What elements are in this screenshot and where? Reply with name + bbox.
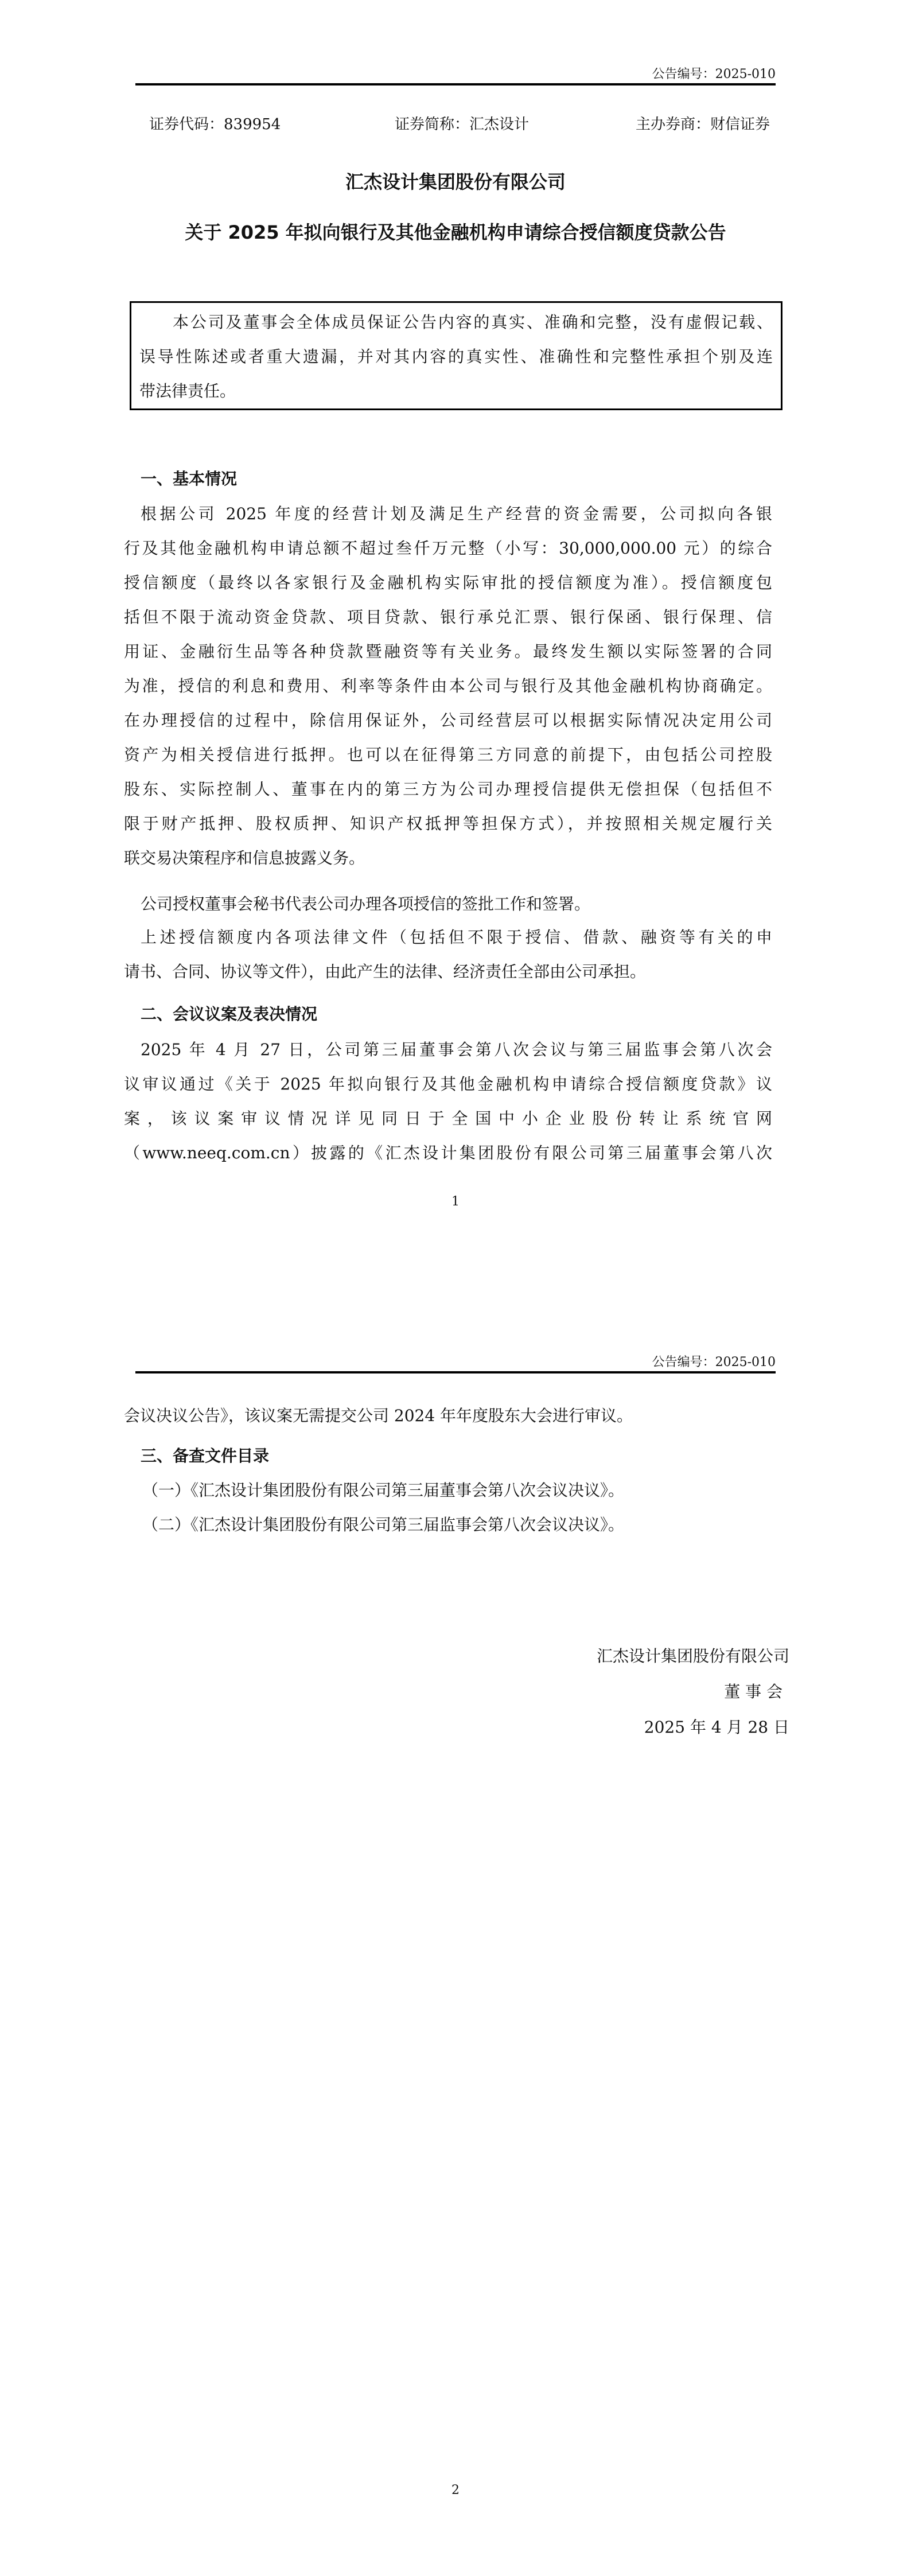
disclaimer-text: 本公司及董事会全体成员保证公告内容的真实、准确和完整，没有虚假记载、 误导性陈述… <box>139 305 773 408</box>
announcement-title: 关于 2025 年拟向银行及其他金融机构申请综合授信额度贷款公告 <box>135 218 776 244</box>
paragraph-line: 议审议通过《关于 2025 年拟向银行及其他金融机构申请综合授信额度贷款》议 <box>124 1067 772 1102</box>
signature-board: 董 事 会 <box>459 1674 789 1710</box>
section2-heading: 二、会议议案及表决情况 <box>141 997 317 1032</box>
section3-items: （一）《汇杰设计集团股份有限公司第三届董事会第八次会议决议》。 （二）《汇杰设计… <box>142 1473 773 1542</box>
page1-header-rule <box>135 83 776 85</box>
reference-document-item: （一）《汇杰设计集团股份有限公司第三届董事会第八次会议决议》。 <box>142 1473 773 1508</box>
paragraph-line: 用证、金融衍生品等各种贷款暨融资等有关业务。最终发生额以实际签署的合同 <box>124 635 772 669</box>
reference-document-item: （二）《汇杰设计集团股份有限公司第三届监事会第八次会议决议》。 <box>142 1508 773 1542</box>
paragraph-line: 授信额度（最终以各家银行及金融机构实际审批的授信额度为准）。授信额度包 <box>124 566 772 600</box>
paragraph-line: 联交易决策程序和信息披露义务。 <box>124 841 772 875</box>
page2-header-rule <box>135 1371 776 1373</box>
paragraph-line: 为准，授信的利息和费用、利率等条件由本公司与银行及其他金融机构协商确定。 <box>124 669 772 703</box>
disclaimer-line: 本公司及董事会全体成员保证公告内容的真实、准确和完整，没有虚假记载、 <box>139 305 773 340</box>
section1-paragraph-1: 根据公司 2025 年度的经营计划及满足生产经营的资金需要，公司拟向各银 行及其… <box>124 497 772 875</box>
section1-paragraph-2: 公司授权董事会秘书代表公司办理各项授信的签批工作和签署。 <box>124 887 772 921</box>
section1-paragraph-3: 上述授信额度内各项法律文件（包括但不限于授信、借款、融资等有关的申 请书、合同、… <box>124 920 772 989</box>
signature-date: 2025 年 4 月 28 日 <box>459 1710 789 1745</box>
paragraph-line: 行及其他金融机构申请总额不超过叁仟万元整（小写：30,000,000.00 元）… <box>124 531 772 566</box>
paragraph-line: 限于财产抵押、股权质押、知识产权抵押等担保方式），并按照相关规定履行关 <box>124 807 772 841</box>
security-code: 证券代码：839954 <box>149 112 395 134</box>
page1-doc-number: 公告编号：2025-010 <box>574 64 776 82</box>
paragraph-line: 括但不限于流动资金贷款、项目贷款、银行承兑汇票、银行保函、银行保理、信 <box>124 600 772 635</box>
page1-number: 1 <box>427 1194 484 1209</box>
paragraph-line: （www.neeq.com.cn）披露的《汇杰设计集团股份有限公司第三届董事会第… <box>124 1136 772 1170</box>
paragraph-line: 资产为相关授信进行抵押。也可以在征得第三方同意的前提下，由包括公司控股 <box>124 738 772 772</box>
disclaimer-box: 本公司及董事会全体成员保证公告内容的真实、准确和完整，没有虚假记载、 误导性陈述… <box>130 301 782 410</box>
section2-paragraph: 2025 年 4 月 27 日，公司第三届董事会第八次会议与第三届监事会第八次会… <box>124 1033 772 1170</box>
section1-heading: 一、基本情况 <box>141 462 237 496</box>
paragraph-line: 股东、实际控制人、董事在内的第三方为公司办理授信提供无偿担保（包括但不 <box>124 772 772 807</box>
paragraph-line: 根据公司 2025 年度的经营计划及满足生产经营的资金需要，公司拟向各银 <box>124 497 772 531</box>
disclaimer-line: 带法律责任。 <box>139 374 773 408</box>
security-meta-row: 证券代码：839954 证券简称：汇杰设计 主办券商：财信证券 <box>149 112 780 134</box>
paragraph-line: 上述授信额度内各项法律文件（包括但不限于授信、借款、融资等有关的申 <box>124 920 772 955</box>
page2-doc-number: 公告编号：2025-010 <box>574 1352 776 1370</box>
security-short-name: 证券简称：汇杰设计 <box>395 112 636 134</box>
section3-heading: 三、备查文件目录 <box>141 1439 269 1473</box>
signature-company: 汇杰设计集团股份有限公司 <box>459 1639 789 1674</box>
page2-number: 2 <box>427 2483 484 2497</box>
paragraph-line: 公司授权董事会秘书代表公司办理各项授信的签批工作和签署。 <box>124 887 772 921</box>
disclaimer-line: 误导性陈述或者重大遗漏，并对其内容的真实性、准确性和完整性承担个别及连 <box>139 340 773 374</box>
paragraph-line: 请书、合同、协议等文件），由此产生的法律、经济责任全部由公司承担。 <box>124 955 772 989</box>
section2-continuation: 会议决议公告》，该议案无需提交公司 2024 年年度股东大会进行审议。 <box>124 1399 772 1433</box>
paragraph-line: 会议决议公告》，该议案无需提交公司 2024 年年度股东大会进行审议。 <box>124 1399 772 1433</box>
company-title: 汇杰设计集团股份有限公司 <box>135 168 776 194</box>
paragraph-line: 在办理授信的过程中，除信用保证外，公司经营层可以根据实际情况决定用公司 <box>124 703 772 738</box>
paragraph-line: 2025 年 4 月 27 日，公司第三届董事会第八次会议与第三届监事会第八次会 <box>124 1033 772 1067</box>
signature-block: 汇杰设计集团股份有限公司 董 事 会 2025 年 4 月 28 日 <box>459 1639 789 1745</box>
paragraph-line: 案，该议案审议情况详见同日于全国中小企业股份转让系统官网 <box>124 1102 772 1136</box>
sponsor-broker: 主办券商：财信证券 <box>636 112 770 134</box>
